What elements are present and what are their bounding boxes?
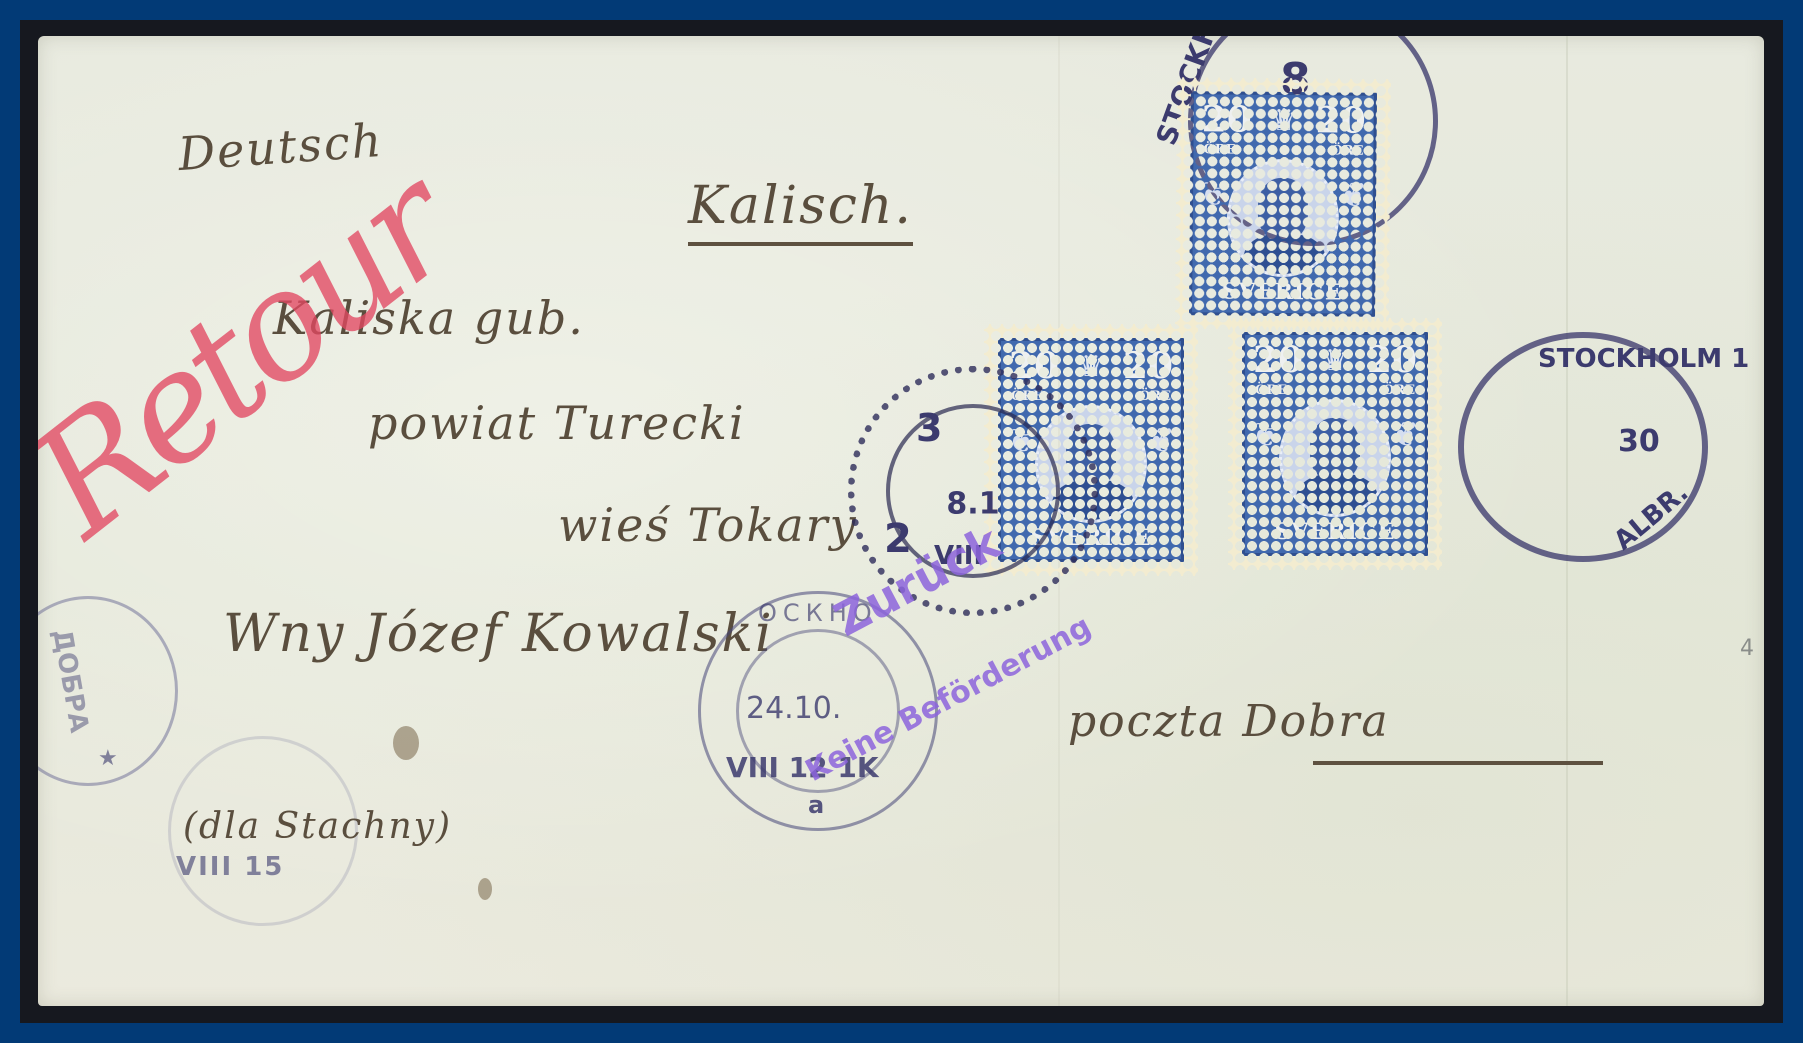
postmark-left-edge: ДОБРА ★ [38, 596, 178, 786]
crown-icon: ♛ [1322, 343, 1349, 378]
king-portrait [1279, 399, 1391, 517]
laurel-icon: ❦ [1391, 415, 1420, 455]
crown-icon: ♛ [1270, 103, 1297, 138]
stamp-right: 2020 ♛ ÖREÖRE ❦❦ SVERIGE [1228, 318, 1442, 570]
laurel-icon: ❦ [1338, 175, 1367, 215]
ink-spot [478, 878, 492, 900]
handwriting-note: (dla Stachny) [183, 806, 452, 847]
handwriting-post-office: poczta Dobra [1068, 696, 1390, 747]
handwriting-address-powiat: powiat Turecki [368, 396, 746, 450]
handwriting-address-village: wieś Tokary [558, 498, 858, 552]
envelope-cover: ДОБРА ★ VIII 15 Deutsch Kalisch. Kaliska… [38, 36, 1764, 1006]
edge-mark: 4 [1740, 636, 1754, 661]
handwriting-underline [1313, 761, 1603, 765]
king-portrait [1226, 159, 1339, 278]
laurel-icon: ❦ [1147, 421, 1176, 461]
crown-icon: ♛ [1078, 349, 1105, 384]
postmark-stockholm-right: STOCKHOLM 1 30 ALBR. [1458, 332, 1708, 562]
handwriting-recipient: Wny Józef Kowalski [223, 604, 774, 664]
handwriting-destination-kalisch: Kalisch. [688, 176, 913, 246]
laurel-icon: ❦ [1251, 415, 1280, 455]
laurel-icon: ❦ [1199, 174, 1228, 214]
red-crayon-retour: Retour [38, 142, 480, 570]
stamp-top: 2020 ♛ ÖREÖRE ❦❦ SVERIGE [1175, 77, 1391, 331]
ink-spot [393, 726, 419, 760]
